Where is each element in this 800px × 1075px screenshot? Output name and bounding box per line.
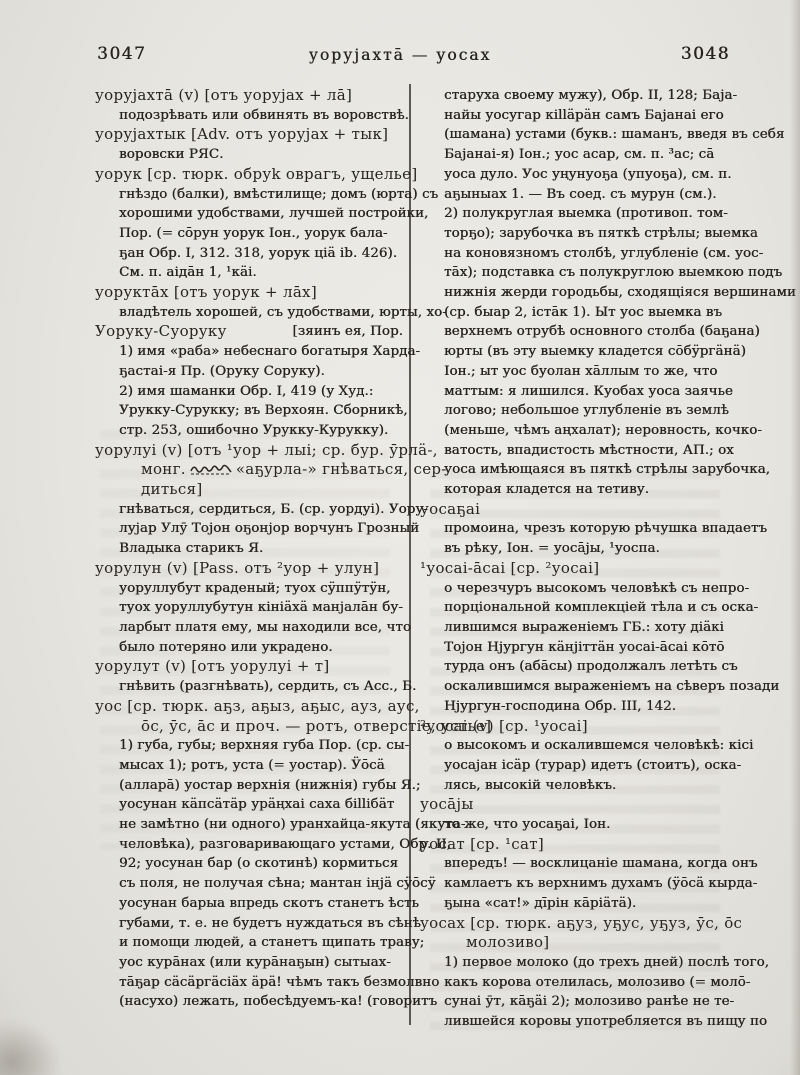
entry-text-line: подозрѣвать или обвинять въ воровствѣ. — [95, 106, 403, 126]
entry-text-line: найы уосугар кіllӓрӓн самъ Баjанаі его — [420, 106, 716, 126]
entry-text-line: воровски РЯС. — [95, 145, 403, 165]
entry-text-line: тāҕар сӓсӓргӓсіӓх ӓрӓ! чѣмъ такъ безмолв… — [95, 973, 403, 993]
entry-text-line: верхнемъ отрубѣ основного столба (баҕана… — [420, 322, 716, 342]
entry-headword-line: уоруjахтык [Adv. отъ уоруjах + тык] — [95, 125, 403, 145]
entry-headword-line: уоруjахтā (v) [отъ уоруjах + лā] — [95, 86, 403, 106]
entry-text-line: (насухо) лежать, побесѣдуемъ-ка! (говори… — [95, 992, 403, 1012]
entry-text-line: маттым: я лишился. Куобах уоса заячье — [420, 382, 716, 402]
entry-text-line: уос курāнах (или курāнаҕын) сытыах- — [95, 953, 403, 973]
entry-headword-line: Уоруку-Суоруку[зяинъ ея, Пор. — [95, 322, 403, 342]
entry-text-line: владѣтель хорошей, съ удобствами, юрты, … — [95, 303, 403, 323]
entry-text-line: ҕан Обр. I, 312. 318, уорук ціӓ ib. 426)… — [95, 244, 403, 264]
entry-text-line: уосунан барыа впредь скотъ станетъ ѣсть — [95, 894, 403, 914]
turnover-text: [зяинъ ея, Пор. — [292, 322, 403, 342]
entry-text-line: старуха своему мужу), Обр. II, 128; Баjа… — [420, 86, 716, 106]
entry-text-line: губами, т. е. не будетъ нуждаться въ сѣн… — [95, 914, 403, 934]
scan-smudge — [0, 1020, 62, 1075]
entry-text-line: Іон.; ыт уос буолан хāллым то же, что — [420, 362, 716, 382]
entry-text-line: хорошими удобствами, лучшей постройки, — [95, 204, 403, 224]
entry-text-line: гнѣздо (балки), вмѣстилище; домъ (юрта) … — [95, 185, 403, 205]
entry-text-line: аҕыныах 1. — Въ соед. съ мурун (см.). — [420, 185, 716, 205]
page-number-right: 3048 — [681, 44, 730, 64]
entry-text-line: Урукку-Сурукку; въ Верхоян. Сборникѣ, — [95, 401, 403, 421]
entry-text-line: логово; небольшое углубленіе въ землѣ — [420, 401, 716, 421]
entry-text-line: См. п. аідāн 1, ¹кӓі. — [95, 263, 403, 283]
entry-text-line: 2) имя шаманки Обр. I, 419 (у Худ.: — [95, 382, 403, 402]
entry-text-line: ҕастаі-я Пр. (Оруку Соруку). — [95, 362, 403, 382]
entry-text-line: съ поля, не получая сѣна; мантан інjӓ сӱ… — [95, 874, 403, 894]
entry-text-line: (меньше, чѣмъ аңхалат); неровность, кочк… — [420, 421, 716, 441]
entry-text-line: ватость, впадистость мѣстности, АП.; ох — [420, 441, 716, 461]
entry-text-line: Пор. (= сōрун уорук Іон., уорук бала- — [95, 224, 403, 244]
entry-text-line: 1) имя «раба» небеснаго богатыря Харда- — [95, 342, 403, 362]
entry-text-line: на коновязномъ столбѣ, углубленіе (см. у… — [420, 244, 716, 264]
entry-text-line: нижнія жерди городьбы, сходящіяся вершин… — [420, 283, 716, 303]
entry-headword-line: уорук [ср. тюрк. обруk оврагъ, ущелье] — [95, 165, 403, 185]
entry-text-line: Баjанаі-я) Іон.; уос асар, см. п. ³ас; с… — [420, 145, 716, 165]
bleedthrough-texture — [430, 470, 720, 1030]
dictionary-page-scan: 3047 уоруjахтā — уосах 3048 уоруjахтā (v… — [0, 0, 800, 1075]
entry-text-line: торҕо); зарубочка въ пяткѣ стрѣлы; выемк… — [420, 224, 716, 244]
entry-headword: Уоруку-Суоруку — [95, 322, 227, 342]
entry-text-line: уоса дуло. Уос уңунуоҕа (упуоҕа), см. п. — [420, 165, 716, 185]
entry-text-line: 2) полукруглая выемка (противоп. том- — [420, 204, 716, 224]
entry-headword-line: уоруктāх [отъ уорук + лāх] — [95, 283, 403, 303]
entry-text-line: и помощи людей, а станетъ щипать траву; — [95, 933, 403, 953]
entry-text-line: тāх); подставка съ полукруглою выемкою п… — [420, 263, 716, 283]
bleedthrough-texture — [100, 430, 390, 850]
entry-text-line: 92; уосунан бар (о скотинѣ) кормиться — [95, 854, 403, 874]
entry-text-line: (шамана) устами (букв.: шаманъ, введя въ… — [420, 125, 716, 145]
running-head: 3047 уоруjахтā — уосах 3048 — [0, 44, 800, 68]
entry-text-line: юрты (въ эту выемку кладется сōбӱргӓнӓ) — [420, 342, 716, 362]
scan-edge-shadow — [790, 0, 800, 1075]
entry-text-line: (ср. быар 2, істāк 1). Ыт уос выемка въ — [420, 303, 716, 323]
